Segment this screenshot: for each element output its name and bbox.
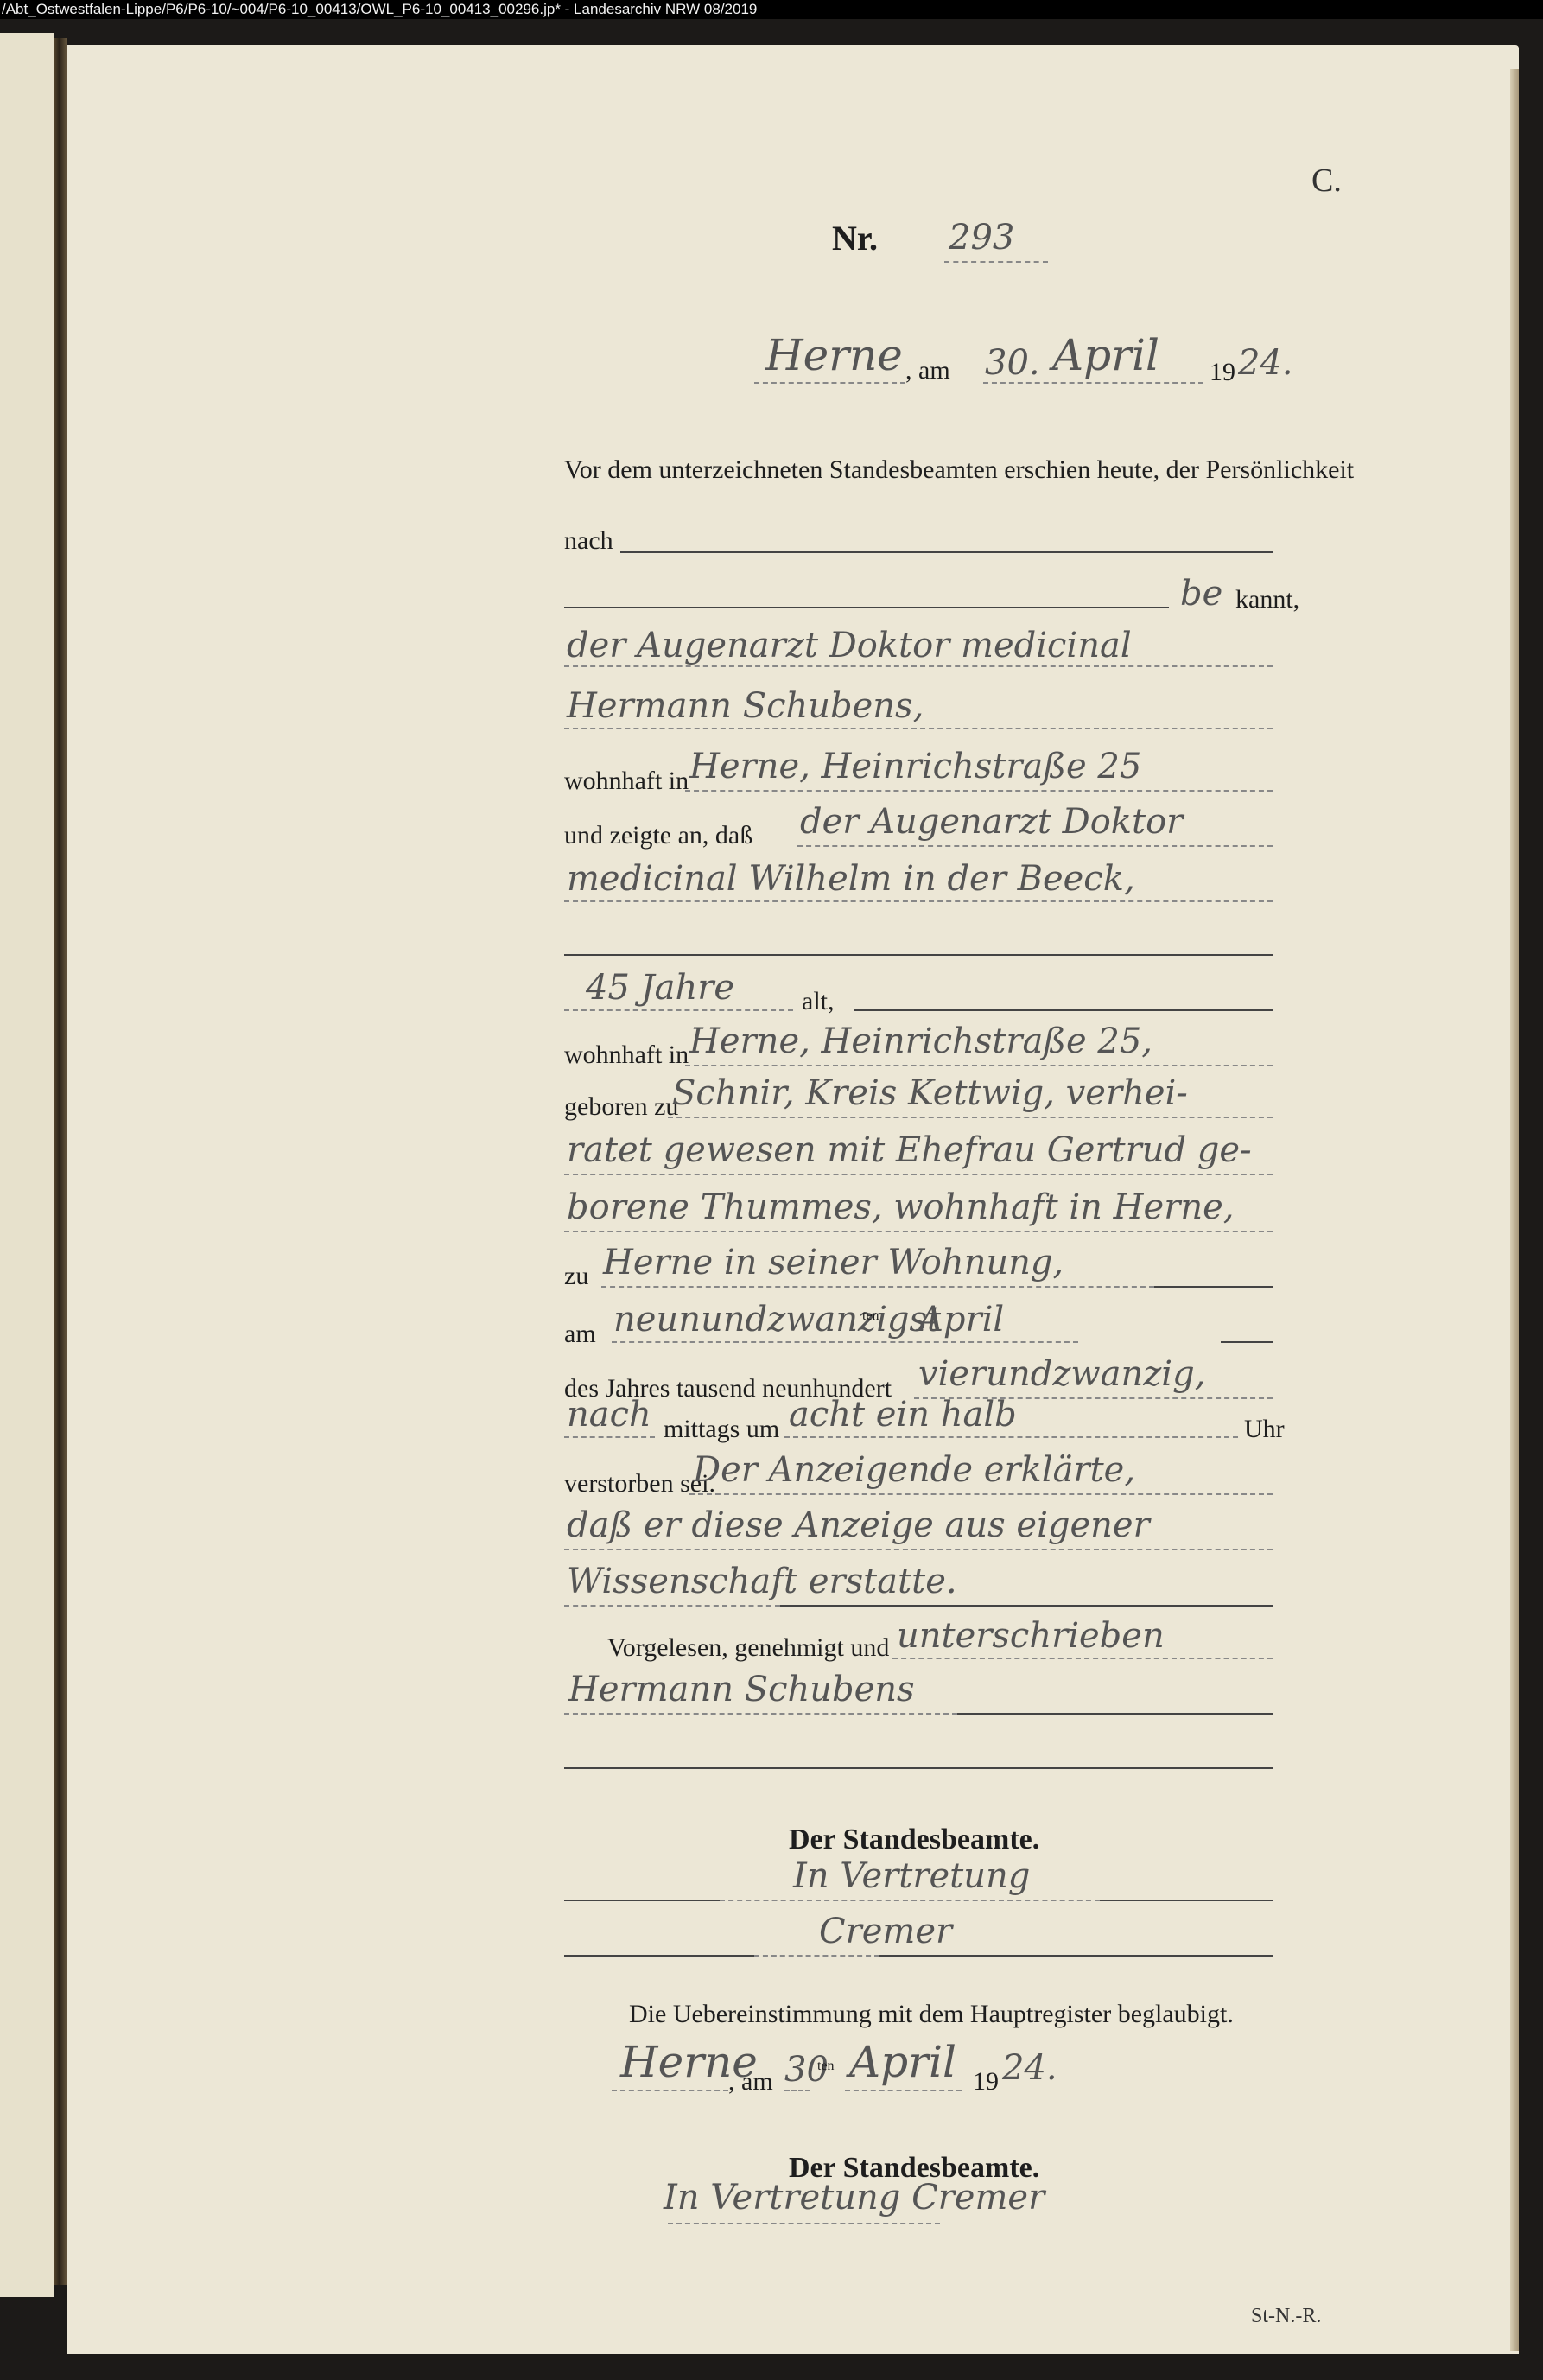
blank-line-2 [564, 1767, 1273, 1769]
signature-line [564, 1713, 957, 1715]
registrar-signature-2: In Vertretung Cremer [664, 2178, 1045, 2218]
year-suffix: 24. [1238, 343, 1293, 383]
birth-line-3 [564, 1231, 1273, 1232]
informant-line-1 [564, 665, 1273, 667]
intro-text: Vor dem unterzeichneten Standesbeamten e… [564, 455, 1354, 485]
form-code: St-N.-R. [1251, 2305, 1321, 2328]
cert-am-label: , am [728, 2067, 773, 2097]
deceased-residence-line [685, 1065, 1273, 1066]
cert-day-line [784, 2090, 810, 2091]
nach-label: nach [564, 526, 613, 556]
geboren-label: geboren zu [564, 1092, 678, 1122]
deceased-line-1 [797, 845, 1273, 847]
bekannt-line [564, 607, 1169, 608]
registrar-line1: In Vertretung [793, 1856, 1030, 1896]
death-time-line [784, 1436, 1238, 1438]
time-qualifier: nach [567, 1395, 651, 1435]
death-place-line-end [1154, 1286, 1273, 1288]
registrar-signature-2-line [668, 2223, 940, 2224]
place-line [754, 382, 905, 384]
registrar-line-1-left [564, 1900, 720, 1901]
registrar-line-2-mid [754, 1955, 879, 1957]
age-value: 45 Jahre [586, 968, 734, 1008]
birth-line-1 [668, 1117, 1273, 1118]
time-qualifier-line [564, 1436, 655, 1438]
cert-ten: ten [817, 2059, 835, 2074]
alt-line [854, 1009, 1273, 1011]
year-prefix: 19 [1210, 358, 1235, 387]
statement-line-3 [564, 1605, 780, 1607]
window-title-bar: /Abt_Ostwestfalen-Lippe/P6/P6-10/~004/P6… [0, 0, 1543, 19]
informant-residence: Herne, Heinrichstraße 25 [689, 747, 1141, 786]
death-place-line [601, 1286, 1154, 1288]
left-page-edge [0, 33, 54, 2297]
uhr-label: Uhr [1244, 1415, 1285, 1444]
vorgelesen-label: Vorgelesen, genehmigt und [607, 1633, 889, 1663]
informant-line-2 [564, 728, 1273, 729]
deceased-line1: der Augenarzt Doktor [800, 802, 1183, 842]
death-month: April [918, 1300, 1004, 1340]
statement-line-1 [689, 1493, 1273, 1495]
birth-line-2 [564, 1174, 1273, 1175]
blank-line [564, 954, 1273, 956]
death-year-words: vierundzwanzig, [918, 1354, 1205, 1394]
cert-year-prefix: 19 [973, 2067, 999, 2097]
cert-month: April [849, 2037, 956, 2087]
death-day: neunundzwanzigst [613, 1300, 941, 1340]
registrar-line-2-right [879, 1955, 1273, 1957]
am-label: , am [905, 356, 950, 385]
registrar-line-1-mid [720, 1900, 1100, 1901]
corner-mark: C. [1311, 162, 1342, 200]
registrar-line2: Cremer [819, 1912, 952, 1951]
number-line [944, 261, 1048, 263]
residence-line [685, 790, 1273, 792]
birth-line3: borene Thummes, wohnhaft in Herne, [567, 1187, 1234, 1227]
informant-line2: Hermann Schubens, [567, 686, 924, 726]
zu-label: zu [564, 1262, 588, 1291]
nach-line [620, 551, 1273, 553]
vorgelesen-hand: unterschrieben [897, 1616, 1165, 1656]
statement-line-2 [564, 1549, 1273, 1550]
place-value: Herne [765, 330, 903, 380]
birth-line2: ratet gewesen mit Ehefrau Gertrud ge- [567, 1130, 1252, 1170]
register-page: C. Nr. 293 Herne , am 30. April 19 24. V… [67, 45, 1519, 2354]
death-place: Herne in seiner Wohnung, [603, 1243, 1064, 1282]
certification-text: Die Uebereinstimmung mit dem Hauptregist… [629, 2000, 1234, 2029]
ten-suffix: ten [862, 1308, 879, 1324]
wohnhaft2-label: wohnhaft in [564, 1040, 689, 1070]
statement-line3: Wissenschaft erstatte. [567, 1562, 957, 1601]
statement-line2: daß er diese Anzeige aus eigener [567, 1505, 1150, 1545]
death-month-line-end [1221, 1341, 1273, 1343]
number-label: Nr. [832, 218, 878, 258]
deceased-line2: medicinal Wilhelm in der Beeck, [567, 859, 1135, 899]
zeigte-label: und zeigte an, daß [564, 821, 752, 850]
bekannt-label: kannt, [1235, 585, 1299, 614]
vorgelesen-line [892, 1658, 1273, 1659]
cert-place-line [612, 2090, 728, 2091]
am2-label: am [564, 1320, 596, 1349]
deceased-residence: Herne, Heinrichstraße 25, [689, 1021, 1152, 1061]
signature-line-end [957, 1713, 1273, 1715]
statement-line-3-end [780, 1605, 1273, 1607]
book-gutter [54, 38, 67, 2285]
wohnhaft-label: wohnhaft in [564, 767, 689, 796]
death-day-line [612, 1341, 1078, 1343]
deceased-line-2 [564, 900, 1273, 902]
bekannt-hand: be [1180, 574, 1222, 614]
day-value: 30. [985, 343, 1040, 383]
informant-line1: der Augenarzt Doktor medicinal [567, 626, 1132, 665]
cert-month-line [845, 2090, 962, 2091]
signature-informant: Hermann Schubens [568, 1670, 915, 1709]
number-value: 293 [949, 218, 1014, 258]
cert-year-suffix: 24. [1002, 2048, 1057, 2088]
birth-line1: Schnir, Kreis Kettwig, verhei- [672, 1073, 1188, 1113]
age-line [564, 1009, 793, 1011]
registrar-line-2-left [564, 1955, 754, 1957]
death-time: acht ein halb [789, 1395, 1017, 1435]
statement-line1: Der Anzeigende erklärte, [693, 1450, 1135, 1490]
mittags-label: mittags um [664, 1415, 779, 1444]
page-stack-edge [1510, 69, 1519, 2351]
month-value: April [1052, 330, 1159, 380]
registrar-title: Der Standesbeamte. [789, 1823, 1039, 1856]
window-title: /Abt_Ostwestfalen-Lippe/P6/P6-10/~004/P6… [2, 1, 757, 17]
registrar-line-1-right [1100, 1900, 1273, 1901]
alt-label: alt, [802, 987, 835, 1016]
